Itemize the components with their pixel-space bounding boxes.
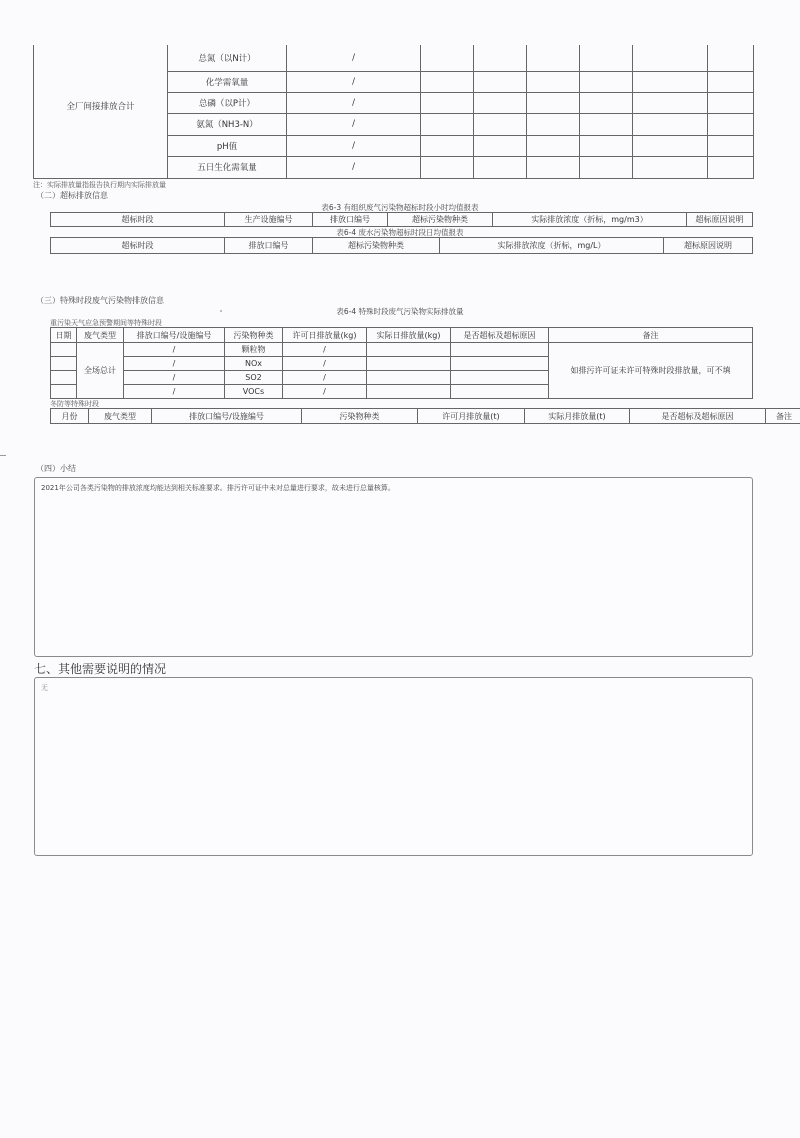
empty-cell bbox=[580, 135, 633, 156]
header-cell: 废气类型 bbox=[89, 409, 152, 424]
section7-heading: 七、其他需要说明的情况 bbox=[34, 660, 166, 677]
header-cell: 排放口编号 bbox=[313, 213, 388, 227]
empty-cell bbox=[421, 45, 474, 71]
empty-cell bbox=[580, 71, 633, 92]
empty-cell bbox=[527, 71, 580, 92]
section3-heading: （三）特殊时段废气污染物排放信息 bbox=[36, 295, 164, 306]
gas-type-cell: 全场总计 bbox=[77, 343, 124, 399]
empty-cell bbox=[421, 71, 474, 92]
value-cell: / bbox=[287, 156, 421, 178]
table63: 超标时段 生产设施编号 排放口编号 超标污染物种类 实际排放浓度（折标，mg/m… bbox=[50, 212, 753, 227]
empty-cell bbox=[708, 71, 754, 92]
section3-caption: 表6-4 特殊时段废气污染物实际排放量 bbox=[280, 306, 520, 317]
date-cell bbox=[51, 385, 77, 399]
header-cell: 超标时段 bbox=[51, 213, 225, 227]
exceed-cell bbox=[451, 343, 549, 357]
pollutant-cell: pH值 bbox=[168, 135, 287, 156]
header-cell: 备注 bbox=[766, 409, 800, 424]
empty-cell bbox=[474, 45, 527, 71]
table-note: 注：实际排放量指报告执行期内实际排放量 bbox=[33, 180, 166, 190]
empty-cell bbox=[580, 92, 633, 113]
empty-cell bbox=[474, 92, 527, 113]
outlet-cell: / bbox=[124, 385, 225, 399]
empty-cell bbox=[421, 135, 474, 156]
empty-cell bbox=[708, 92, 754, 113]
header-cell: 备注 bbox=[549, 328, 753, 343]
header-cell: 是否超标及超标原因 bbox=[630, 409, 766, 424]
empty-cell bbox=[527, 156, 580, 178]
pollutant-cell: 总磷（以P计） bbox=[168, 92, 287, 113]
value-cell: / bbox=[287, 135, 421, 156]
empty-cell bbox=[580, 113, 633, 135]
empty-cell bbox=[633, 45, 708, 71]
header-cell: 超标时段 bbox=[51, 238, 225, 254]
actual-cell bbox=[367, 385, 451, 399]
empty-cell bbox=[633, 135, 708, 156]
pollutant-cell: 颗粒物 bbox=[225, 343, 283, 357]
date-cell bbox=[51, 343, 77, 357]
pollutant-cell: SO2 bbox=[225, 371, 283, 385]
remark-cell: 如排污许可证未许可特殊时段排放量，可不填 bbox=[549, 343, 753, 399]
outlet-cell: / bbox=[124, 357, 225, 371]
value-cell: / bbox=[287, 92, 421, 113]
empty-cell bbox=[474, 156, 527, 178]
empty-cell bbox=[580, 45, 633, 71]
header-cell: 日期 bbox=[51, 328, 77, 343]
pollutant-cell: 五日生化需氧量 bbox=[168, 156, 287, 178]
empty-cell bbox=[527, 135, 580, 156]
pollutant-cell: NOx bbox=[225, 357, 283, 371]
empty-cell bbox=[633, 71, 708, 92]
exceed-cell bbox=[451, 385, 549, 399]
table64: 超标时段 排放口编号 超标污染物种类 实际排放浓度（折标，mg/L） 超标原因说… bbox=[50, 237, 753, 254]
actual-cell bbox=[367, 357, 451, 371]
summary-text: 2021年公司各类污染物的排放浓度均能达到相关标准要求。排污许可证中未对总量进行… bbox=[35, 478, 752, 498]
group-label: 全厂间接排放合计 bbox=[34, 45, 168, 178]
section4-heading: （四）小结 bbox=[36, 463, 76, 474]
exceed-cell bbox=[451, 357, 549, 371]
date-cell bbox=[51, 357, 77, 371]
summary-textarea[interactable]: 2021年公司各类污染物的排放浓度均能达到相关标准要求。排污许可证中未对总量进行… bbox=[34, 477, 753, 657]
empty-cell bbox=[633, 156, 708, 178]
header-cell: 生产设施编号 bbox=[225, 213, 313, 227]
winter-period-table: 月份 废气类型 排放口编号/设施编号 污染物种类 许可月排放量(t) 实际月排放… bbox=[50, 408, 800, 424]
header-cell: 实际月排放量(t) bbox=[525, 409, 630, 424]
header-cell: 是否超标及超标原因 bbox=[451, 328, 549, 343]
header-cell: 超标污染物种类 bbox=[388, 213, 493, 227]
pollutant-cell: 氨氮（NH3-N） bbox=[168, 113, 287, 135]
empty-cell bbox=[474, 113, 527, 135]
permit-cell: / bbox=[283, 343, 367, 357]
header-cell: 超标污染物种类 bbox=[313, 238, 440, 254]
actual-cell bbox=[367, 371, 451, 385]
empty-cell bbox=[633, 113, 708, 135]
header-cell: 许可日排放量(kg) bbox=[283, 328, 367, 343]
value-cell: / bbox=[287, 113, 421, 135]
header-cell: 污染物种类 bbox=[302, 409, 418, 424]
empty-cell bbox=[708, 45, 754, 71]
empty-cell bbox=[421, 113, 474, 135]
header-cell: 超标原因说明 bbox=[664, 238, 753, 254]
permit-cell: / bbox=[283, 371, 367, 385]
header-cell: 超标原因说明 bbox=[687, 213, 753, 227]
actual-cell bbox=[367, 343, 451, 357]
outlet-cell: / bbox=[124, 371, 225, 385]
date-cell bbox=[51, 371, 77, 385]
empty-cell bbox=[527, 113, 580, 135]
section2-heading: （二）超标排放信息 bbox=[36, 190, 108, 201]
empty-cell bbox=[474, 71, 527, 92]
empty-cell bbox=[708, 135, 754, 156]
exceed-cell bbox=[451, 371, 549, 385]
empty-cell bbox=[421, 156, 474, 178]
empty-cell bbox=[527, 45, 580, 71]
header-cell: 实际日排放量(kg) bbox=[367, 328, 451, 343]
empty-cell bbox=[708, 113, 754, 135]
empty-cell bbox=[474, 135, 527, 156]
header-cell: 废气类型 bbox=[77, 328, 124, 343]
pollutant-cell: 总氮（以N计） bbox=[168, 45, 287, 71]
permit-cell: / bbox=[283, 385, 367, 399]
outlet-cell: / bbox=[124, 343, 225, 357]
total-emission-table: 全厂间接排放合计 总氮（以N计） / 化学需氧量 / 总磷（以P计） / 氨氮（… bbox=[33, 45, 754, 179]
header-cell: 月份 bbox=[51, 409, 89, 424]
value-cell: / bbox=[287, 45, 421, 71]
pollutant-cell: VOCs bbox=[225, 385, 283, 399]
header-cell: 许可月排放量(t) bbox=[418, 409, 525, 424]
header-cell: 排放口编号/设施编号 bbox=[124, 328, 225, 343]
header-cell: 实际排放浓度（折标，mg/m3） bbox=[493, 213, 687, 227]
empty-cell bbox=[633, 92, 708, 113]
empty-cell bbox=[580, 156, 633, 178]
other-notes-text: 无 bbox=[35, 678, 752, 698]
pollutant-cell: 化学需氧量 bbox=[168, 71, 287, 92]
header-cell: 污染物种类 bbox=[225, 328, 283, 343]
header-cell: 排放口编号 bbox=[225, 238, 313, 254]
empty-cell bbox=[708, 156, 754, 178]
heavy-pollution-table: 日期 废气类型 排放口编号/设施编号 污染物种类 许可日排放量(kg) 实际日排… bbox=[50, 327, 753, 399]
header-cell: 排放口编号/设施编号 bbox=[152, 409, 302, 424]
permit-cell: / bbox=[283, 357, 367, 371]
empty-cell bbox=[421, 92, 474, 113]
value-cell: / bbox=[287, 71, 421, 92]
other-notes-textarea[interactable]: 无 bbox=[34, 677, 753, 856]
empty-cell bbox=[527, 92, 580, 113]
header-cell: 实际排放浓度（折标，mg/L） bbox=[440, 238, 664, 254]
